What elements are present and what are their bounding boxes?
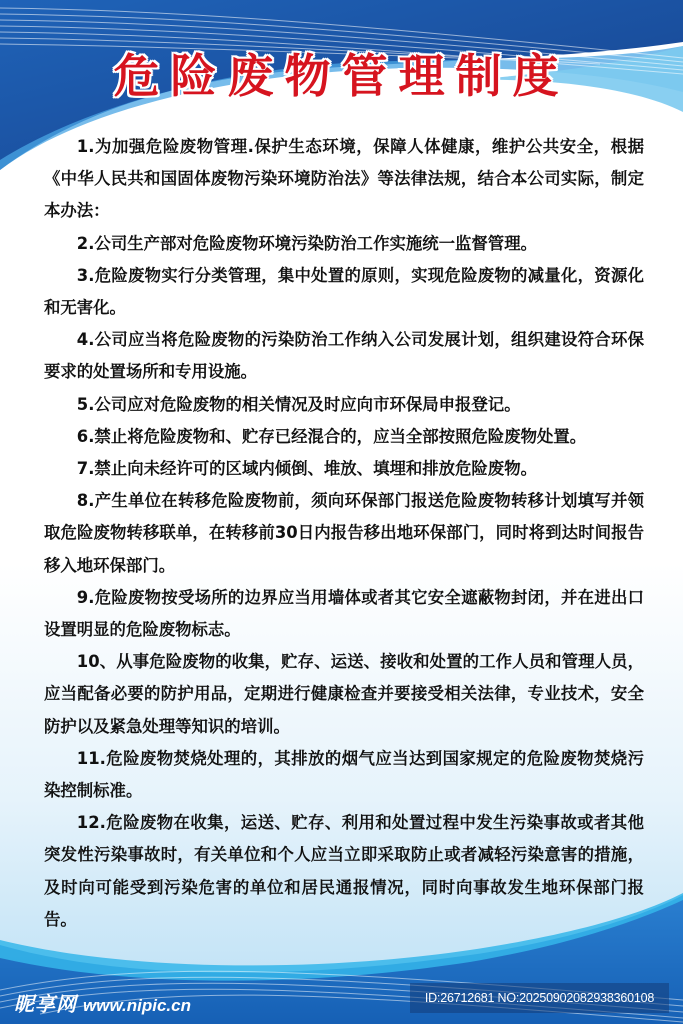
watermark-id-badge: ID:26712681 NO:20250902082938360108 (410, 983, 669, 1013)
regulation-item-2: 2.公司生产部对危险废物环境污染防治工作实施统一监督管理。 (44, 228, 644, 260)
watermark-url: www.nipic.cn (83, 996, 191, 1016)
regulation-item-8: 8.产生单位在转移危险废物前，须向环保部门报送危险废物转移计划填写并领取危险废物… (44, 485, 644, 582)
regulation-item-12: 12.危险废物在收集，运送、贮存、利用和处置过程中发生污染事故或者其他突发性污染… (44, 807, 644, 936)
regulation-item-9: 9.危险废物按受场所的边界应当用墙体或者其它安全遮蔽物封闭，并在进出口设置明显的… (44, 582, 644, 646)
watermark-logo: 昵享网 www.nipic.cn (14, 988, 191, 1017)
regulation-body: 1.为加强危险废物管理.保护生态环境，保障人体健康，维护公共安全，根据《中华人民… (44, 131, 644, 936)
regulation-item-6: 6.禁止将危险废物和、贮存已经混合的，应当全部按照危险废物处置。 (44, 421, 644, 453)
regulation-item-4: 4.公司应当将危险废物的污染防治工作纳入公司发展计划，组织建设符合环保要求的处置… (44, 324, 644, 388)
regulation-item-7: 7.禁止向未经许可的区域内倾倒、堆放、填埋和排放危险废物。 (44, 453, 644, 485)
regulation-item-11: 11.危险废物焚烧处理的，其排放的烟气应当达到国家规定的危险废物焚烧污染控制标准… (44, 743, 644, 807)
regulation-item-10: 10、从事危险废物的收集，贮存、运送、接收和处置的工作人员和管理人员，应当配备必… (44, 646, 644, 743)
watermark-brand: 昵享网 (14, 988, 77, 1017)
regulation-item-3: 3.危险废物实行分类管理，集中处置的原则，实现危险废物的减量化，资源化和无害化。 (44, 260, 644, 324)
poster-title: 危险废物管理制度 (0, 44, 683, 108)
regulation-item-5: 5.公司应对危险废物的相关情况及时应向市环保局申报登记。 (44, 389, 644, 421)
regulation-item-1: 1.为加强危险废物管理.保护生态环境，保障人体健康，维护公共安全，根据《中华人民… (44, 131, 644, 228)
